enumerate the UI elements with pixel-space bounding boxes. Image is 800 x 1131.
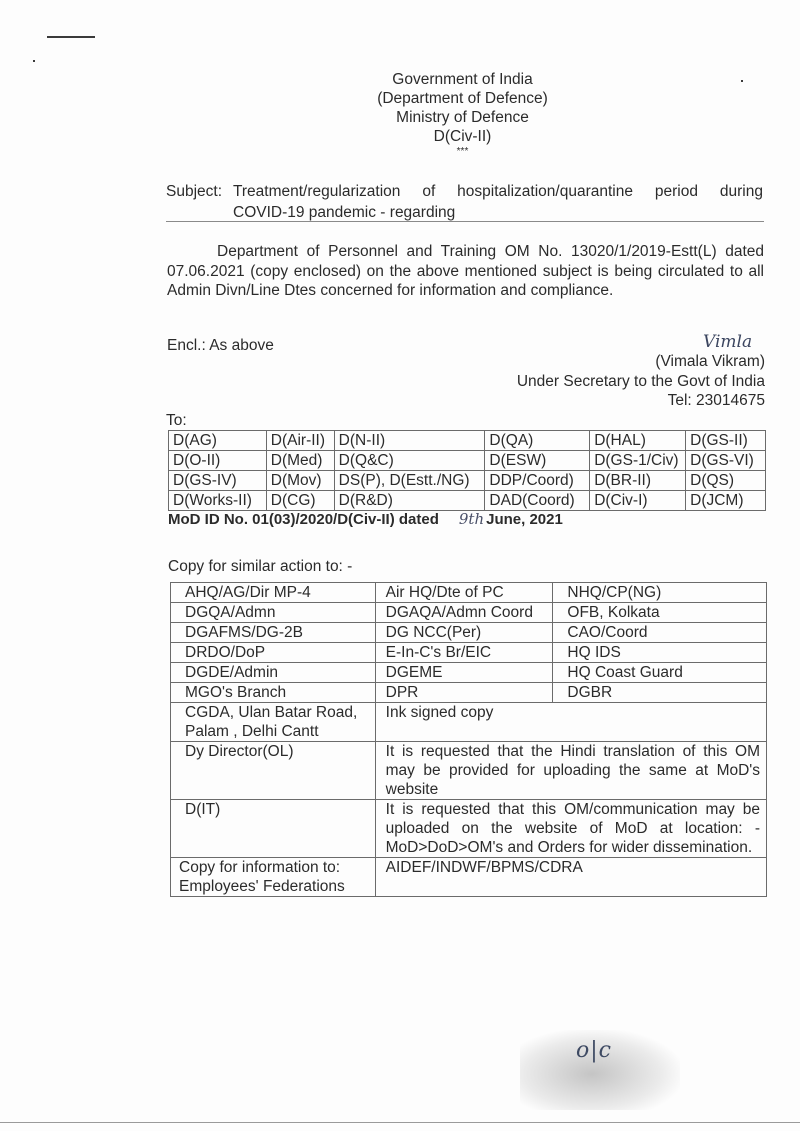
copy-recipient-cell: DPR	[375, 683, 553, 703]
copy-instruction-note: It is requested that this OM/communicati…	[375, 800, 766, 858]
copy-recipient-cell: DRDO/DoP	[171, 643, 376, 663]
copy-recipient-row: DGQA/AdmnDGAQA/Admn CoordOFB, Kolkata	[171, 603, 767, 623]
copy-recipient-cell: DGDE/Admin	[171, 663, 376, 683]
handwritten-oc-mark: o|c	[576, 1038, 612, 1063]
recipient-cell: D(Civ-I)	[590, 491, 686, 511]
signatory-name: (Vimala Vikram)	[517, 352, 765, 372]
copy-recipient-cell: OFB, Kolkata	[553, 603, 767, 623]
copy-instruction-recipient: CGDA, Ulan Batar Road, Palam , Delhi Can…	[171, 703, 376, 742]
copy-recipient-row: AHQ/AG/Dir MP-4Air HQ/Dte of PCNHQ/CP(NG…	[171, 583, 767, 603]
recipient-row: D(AG)D(Air-II)D(N-II)D(QA)D(HAL)D(GS-II)	[169, 431, 766, 451]
recipient-cell: D(O-II)	[169, 451, 267, 471]
copy-instruction-row: D(IT)It is requested that this OM/commun…	[171, 800, 767, 858]
letterhead-government: Government of India	[330, 70, 595, 89]
recipient-cell: DAD(Coord)	[485, 491, 590, 511]
enclosure-note: Encl.: As above	[167, 337, 274, 355]
recipient-cell: D(CG)	[266, 491, 334, 511]
recipient-cell: D(BR-II)	[590, 471, 686, 491]
recipient-cell: D(Works-II)	[169, 491, 267, 511]
copy-recipient-cell: HQ Coast Guard	[553, 663, 767, 683]
copy-instruction-recipient: Dy Director(OL)	[171, 742, 376, 800]
copy-recipient-row: DRDO/DoPE-In-C's Br/EICHQ IDS	[171, 643, 767, 663]
to-label: To:	[166, 412, 187, 430]
subject-underline	[166, 221, 764, 222]
letterhead-stars: ***	[330, 146, 595, 158]
mod-id-date: June, 2021	[486, 511, 563, 528]
mod-id-line: MoD ID No. 01(03)/2020/D(Civ-II) dated9t…	[168, 510, 563, 528]
copy-instruction-recipient: D(IT)	[171, 800, 376, 858]
page-bottom-edge	[0, 1122, 800, 1123]
copy-recipient-cell: DGEME	[375, 663, 553, 683]
scan-artifact-dot	[741, 80, 743, 82]
recipient-cell: D(AG)	[169, 431, 267, 451]
letterhead-department: (Department of Defence)	[330, 89, 595, 108]
signatory-designation: Under Secretary to the Govt of India	[517, 372, 765, 392]
recipient-cell: D(QS)	[686, 471, 766, 491]
copy-recipient-cell: MGO's Branch	[171, 683, 376, 703]
recipient-row: D(O-II)D(Med)D(Q&C)D(ESW)D(GS-1/Civ)D(GS…	[169, 451, 766, 471]
copy-recipient-row: DGDE/AdminDGEMEHQ Coast Guard	[171, 663, 767, 683]
recipient-cell: D(GS-II)	[686, 431, 766, 451]
copy-recipients-table: AHQ/AG/Dir MP-4Air HQ/Dte of PCNHQ/CP(NG…	[170, 582, 767, 897]
recipient-cell: D(GS-IV)	[169, 471, 267, 491]
recipients-table: D(AG)D(Air-II)D(N-II)D(QA)D(HAL)D(GS-II)…	[168, 430, 766, 511]
recipient-cell: D(JCM)	[686, 491, 766, 511]
copy-recipient-row: DGAFMS/DG-2BDG NCC(Per)CAO/Coord	[171, 623, 767, 643]
recipient-cell: DDP/Coord)	[485, 471, 590, 491]
signatory-telephone: Tel: 23014675	[517, 391, 765, 411]
recipient-row: D(Works-II)D(CG)D(R&D)DAD(Coord)D(Civ-I)…	[169, 491, 766, 511]
recipient-cell: D(HAL)	[590, 431, 686, 451]
copy-recipient-cell: DGAFMS/DG-2B	[171, 623, 376, 643]
body-paragraph: Department of Personnel and Training OM …	[167, 242, 764, 301]
letterhead-ministry: Ministry of Defence	[330, 108, 595, 127]
copy-instruction-note: It is requested that the Hindi translati…	[375, 742, 766, 800]
copy-recipient-cell: E-In-C's Br/EIC	[375, 643, 553, 663]
copy-recipient-cell: HQ IDS	[553, 643, 767, 663]
recipient-cell: D(Air-II)	[266, 431, 334, 451]
recipient-cell: D(N-II)	[334, 431, 485, 451]
recipient-cell: D(GS-1/Civ)	[590, 451, 686, 471]
copy-recipient-cell: Air HQ/Dte of PC	[375, 583, 553, 603]
copy-label: Copy for similar action to: -	[168, 558, 352, 576]
recipient-cell: D(GS-VI)	[686, 451, 766, 471]
recipient-cell: D(QA)	[485, 431, 590, 451]
copy-recipient-cell: AHQ/AG/Dir MP-4	[171, 583, 376, 603]
recipient-row: D(GS-IV)D(Mov)DS(P), D(Estt./NG)DDP/Coor…	[169, 471, 766, 491]
copy-instruction-recipient: Copy for information to: Employees' Fede…	[171, 858, 376, 897]
mod-id-number: MoD ID No. 01(03)/2020/D(Civ-II) dated	[168, 511, 439, 528]
recipient-cell: D(R&D)	[334, 491, 485, 511]
signature-block: (Vimala Vikram) Under Secretary to the G…	[517, 352, 765, 411]
recipient-cell: D(ESW)	[485, 451, 590, 471]
copy-recipient-cell: CAO/Coord	[553, 623, 767, 643]
copy-recipient-cell: DG NCC(Per)	[375, 623, 553, 643]
letterhead: Government of India (Department of Defen…	[330, 70, 595, 158]
copy-instruction-row: Copy for information to: Employees' Fede…	[171, 858, 767, 897]
copy-recipient-cell: NHQ/CP(NG)	[553, 583, 767, 603]
scan-artifact-dot	[33, 60, 35, 62]
recipient-cell: DS(P), D(Estt./NG)	[334, 471, 485, 491]
recipient-cell: D(Med)	[266, 451, 334, 471]
copy-recipient-cell: DGAQA/Admn Coord	[375, 603, 553, 623]
copy-instruction-note: Ink signed copy	[375, 703, 766, 742]
copy-instruction-row: CGDA, Ulan Batar Road, Palam , Delhi Can…	[171, 703, 767, 742]
copy-instruction-note: AIDEF/INDWF/BPMS/CDRA	[375, 858, 766, 897]
copy-instruction-row: Dy Director(OL)It is requested that the …	[171, 742, 767, 800]
copy-recipient-cell: DGQA/Admn	[171, 603, 376, 623]
document-page: Government of India (Department of Defen…	[0, 0, 800, 1131]
recipient-cell: D(Mov)	[266, 471, 334, 491]
recipient-cell: D(Q&C)	[334, 451, 485, 471]
copy-recipient-cell: DGBR	[553, 683, 767, 703]
subject-label: Subject:	[166, 182, 222, 201]
subject-line-1: Treatment/regularization of hospitalizat…	[233, 182, 763, 201]
handwritten-signature: Vimla	[703, 332, 752, 352]
copy-recipient-row: MGO's BranchDPRDGBR	[171, 683, 767, 703]
letterhead-section: D(Civ-II)	[330, 127, 595, 146]
handwritten-day: 9th	[459, 510, 484, 528]
scan-artifact-line	[47, 36, 95, 38]
subject-line-2: COVID-19 pandemic - regarding	[233, 203, 455, 222]
